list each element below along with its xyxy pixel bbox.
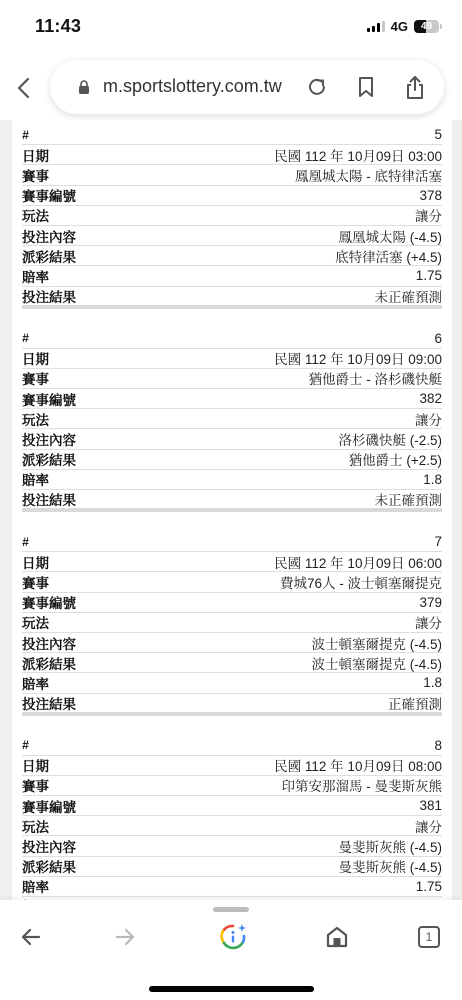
record-row-date: 日期民國 112 年 10月09日 03:00 (22, 145, 442, 165)
cellular-signal-icon (367, 21, 385, 32)
drag-handle[interactable] (213, 907, 249, 912)
battery-level: 49 (414, 20, 439, 33)
record-row-odds: 賠率1.75 (22, 877, 442, 897)
record-row-date: 日期民國 112 年 10月09日 08:00 (22, 756, 442, 776)
forward-arrow-icon[interactable] (112, 924, 138, 950)
record-row-bet-result: 投注結果未正確預測 (22, 490, 442, 512)
back-arrow-icon[interactable] (18, 924, 44, 950)
bookmark-icon[interactable] (356, 76, 376, 98)
bet-record: #8 日期民國 112 年 10月09日 08:00 賽事印第安那溜馬 - 曼斐… (22, 736, 442, 901)
record-row-bet-type: 玩法讓分 (22, 613, 442, 633)
record-row-payout-result: 派彩結果波士頓塞爾提克 (-4.5) (22, 653, 442, 673)
reload-icon[interactable] (306, 76, 328, 98)
record-row-odds: 賠率1.75 (22, 266, 442, 286)
record-row-bet-type: 玩法讓分 (22, 816, 442, 836)
record-row-bet-content: 投注內容曼斐斯灰熊 (-4.5) (22, 836, 442, 856)
record-row-bet-result: 投注結果未正確預測 (22, 287, 442, 309)
record-row-bet-type: 玩法讓分 (22, 409, 442, 429)
tabs-button[interactable]: 1 (418, 926, 440, 948)
record-row-date: 日期民國 112 年 10月09日 06:00 (22, 552, 442, 572)
record-row-match-id: 賽事編號382 (22, 389, 442, 409)
record-row-odds: 賠率1.8 (22, 470, 442, 490)
tab-count: 1 (426, 930, 433, 944)
record-row-match: 賽事鳳凰城太陽 - 底特律活塞 (22, 165, 442, 185)
record-row-index: #5 (22, 125, 442, 145)
page-content[interactable]: #5 日期民國 112 年 10月09日 03:00 賽事鳳凰城太陽 - 底特律… (0, 120, 462, 900)
bet-record: #5 日期民國 112 年 10月09日 03:00 賽事鳳凰城太陽 - 底特律… (22, 125, 442, 309)
record-row-bet-content: 投注內容洛杉磯快艇 (-2.5) (22, 429, 442, 449)
record-row-bet-content: 投注內容鳳凰城太陽 (-4.5) (22, 226, 442, 246)
bet-records: #5 日期民國 112 年 10月09日 03:00 賽事鳳凰城太陽 - 底特律… (12, 120, 452, 900)
record-row-match: 賽事費城76人 - 波士頓塞爾提克 (22, 572, 442, 592)
record-row-payout-result: 派彩結果底特律活塞 (+4.5) (22, 246, 442, 266)
record-row-match-id: 賽事編號378 (22, 186, 442, 206)
back-chevron-icon[interactable] (14, 76, 34, 100)
record-row-bet-content: 投注內容波士頓塞爾提克 (-4.5) (22, 633, 442, 653)
google-lens-icon[interactable] (218, 922, 248, 952)
address-bar[interactable]: m.sportslottery.com.tw (50, 60, 444, 114)
browser-toolbar: 1 (0, 900, 462, 1000)
record-row-match-id: 賽事編號379 (22, 593, 442, 613)
record-row-match-id: 賽事編號381 (22, 796, 442, 816)
bet-record: #6 日期民國 112 年 10月09日 09:00 賽事猶他爵士 - 洛杉磯快… (22, 329, 442, 513)
record-row-index: #8 (22, 736, 442, 756)
share-icon[interactable] (404, 74, 426, 100)
status-indicators: 4G 49 (367, 19, 442, 34)
home-indicator[interactable] (149, 986, 314, 992)
record-row-payout-result: 派彩結果猶他爵士 (+2.5) (22, 450, 442, 470)
url-text[interactable]: m.sportslottery.com.tw (103, 76, 282, 97)
record-row-odds: 賠率1.8 (22, 673, 442, 693)
battery-icon: 49 (414, 20, 442, 33)
record-row-match: 賽事印第安那溜馬 - 曼斐斯灰熊 (22, 776, 442, 796)
lock-icon (78, 80, 90, 94)
record-row-match: 賽事猶他爵士 - 洛杉磯快艇 (22, 369, 442, 389)
record-row-date: 日期民國 112 年 10月09日 09:00 (22, 349, 442, 369)
network-type: 4G (391, 19, 408, 34)
record-row-payout-result: 派彩結果曼斐斯灰熊 (-4.5) (22, 857, 442, 877)
record-row-index: #6 (22, 329, 442, 349)
home-icon[interactable] (324, 924, 350, 950)
status-time: 11:43 (35, 16, 81, 37)
record-row-index: #7 (22, 532, 442, 552)
record-row-bet-type: 玩法讓分 (22, 206, 442, 226)
browser-address-row: m.sportslottery.com.tw (0, 58, 462, 118)
record-row-bet-result: 投注結果正確預測 (22, 694, 442, 716)
status-bar: 11:43 4G 49 (0, 0, 462, 52)
bet-record: #7 日期民國 112 年 10月09日 06:00 賽事費城76人 - 波士頓… (22, 532, 442, 716)
